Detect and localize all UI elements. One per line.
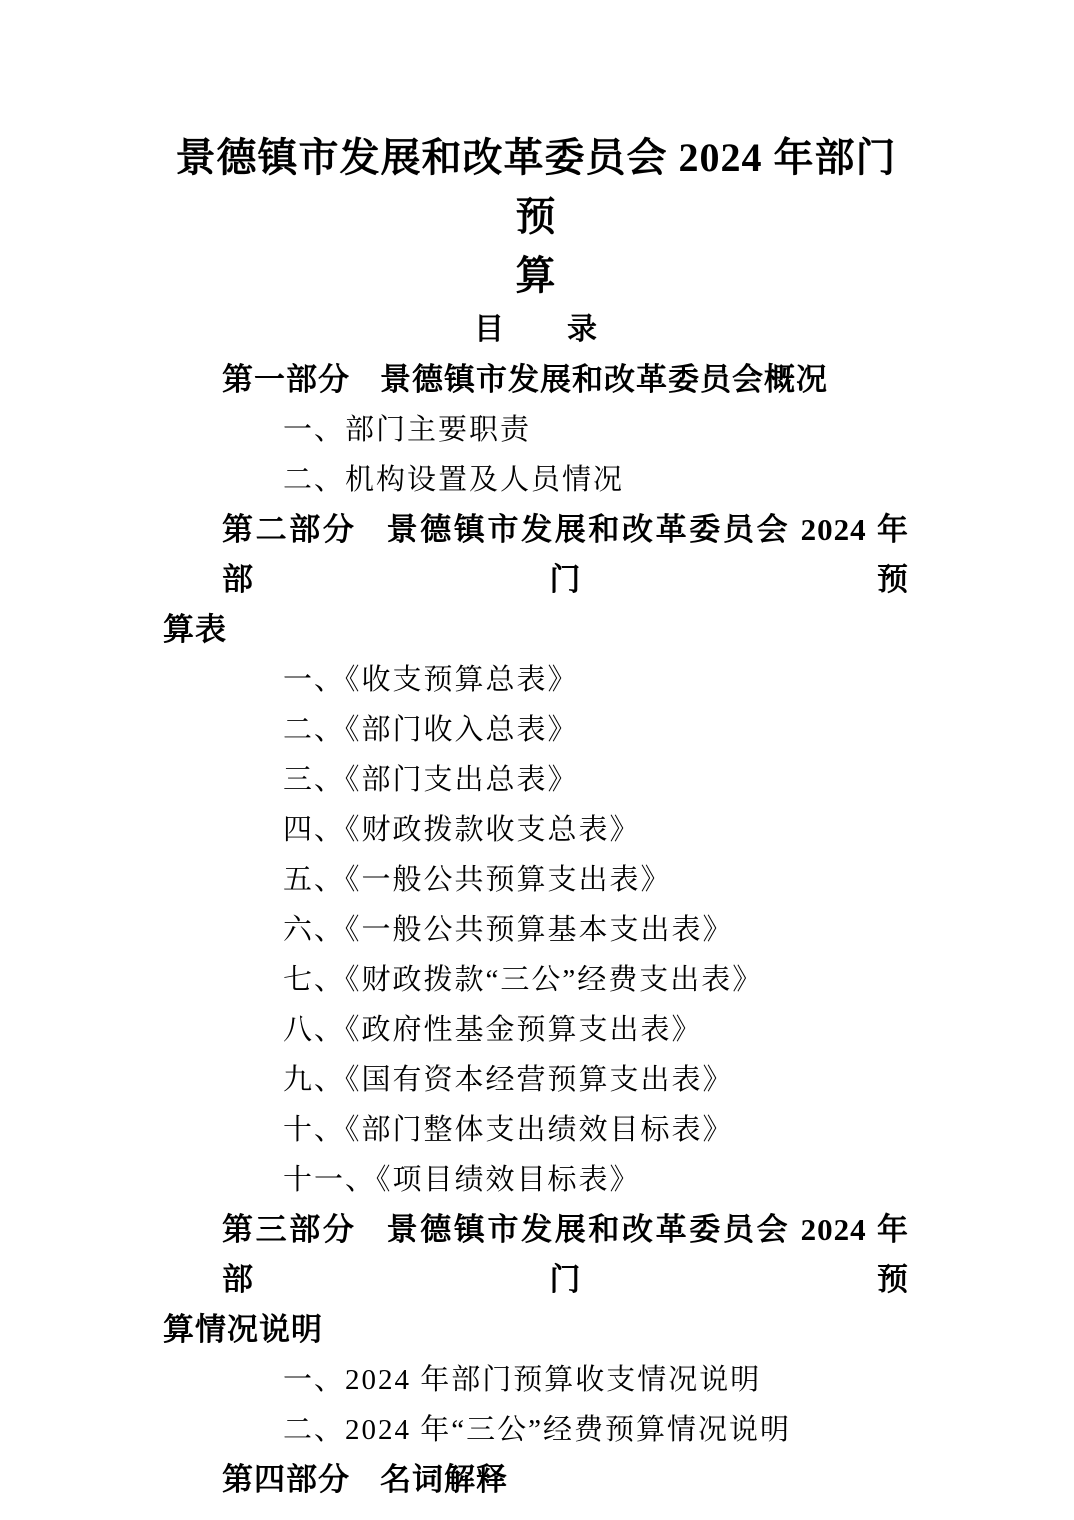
part2-heading-line2: 算表: [163, 605, 909, 655]
toc-item-part2-3: 三、《部门支出总表》: [163, 755, 909, 805]
part2-heading-line1: 第二部分景德镇市发展和改革委员会 2024 年部门预: [163, 505, 909, 605]
toc-item-part2-11: 十一、《项目绩效目标表》: [163, 1155, 909, 1205]
toc-item-part2-5: 五、《一般公共预算支出表》: [163, 855, 909, 905]
document-title-line1: 景德镇市发展和改革委员会 2024 年部门预: [163, 128, 909, 246]
part4-label: 第四部分: [222, 1462, 350, 1497]
document-title-line2: 算: [163, 246, 909, 305]
toc-item-part2-8: 八、《政府性基金预算支出表》: [163, 1005, 909, 1055]
part3-heading-line2: 算情况说明: [163, 1305, 909, 1355]
toc-item-part2-9: 九、《国有资本经营预算支出表》: [163, 1055, 909, 1105]
part3-heading-line1: 第三部分景德镇市发展和改革委员会 2024 年部门预: [163, 1205, 909, 1305]
document-title: 景德镇市发展和改革委员会 2024 年部门预 算: [163, 128, 909, 305]
toc-item-part2-10: 十、《部门整体支出绩效目标表》: [163, 1105, 909, 1155]
toc-item-part2-2: 二、《部门收入总表》: [163, 705, 909, 755]
toc-item-part1-2: 二、机构设置及人员情况: [163, 455, 909, 505]
part3-label: 第三部分: [222, 1212, 357, 1247]
toc-item-part2-7: 七、《财政拨款“三公”经费支出表》: [163, 955, 909, 1005]
toc-item-part2-1: 一、《收支预算总表》: [163, 655, 909, 705]
toc-item-part3-1: 一、2024 年部门预算收支情况说明: [163, 1355, 909, 1405]
toc-item-part2-4: 四、《财政拨款收支总表》: [163, 805, 909, 855]
document-page: 景德镇市发展和改革委员会 2024 年部门预 算 目 录 第一部分景德镇市发展和…: [0, 0, 1074, 1520]
part4-heading: 第四部分名词解释: [163, 1455, 909, 1505]
part1-heading: 第一部分景德镇市发展和改革委员会概况: [163, 355, 909, 405]
toc-item-part1-1: 一、部门主要职责: [163, 405, 909, 455]
toc-item-part3-2: 二、2024 年“三公”经费预算情况说明: [163, 1405, 909, 1455]
toc-heading: 目 录: [163, 305, 909, 355]
part4-title: 名词解释: [380, 1462, 508, 1497]
part1-title: 景德镇市发展和改革委员会概况: [380, 362, 828, 397]
part1-label: 第一部分: [222, 362, 350, 397]
toc-item-part2-6: 六、《一般公共预算基本支出表》: [163, 905, 909, 955]
part2-label: 第二部分: [222, 512, 357, 547]
